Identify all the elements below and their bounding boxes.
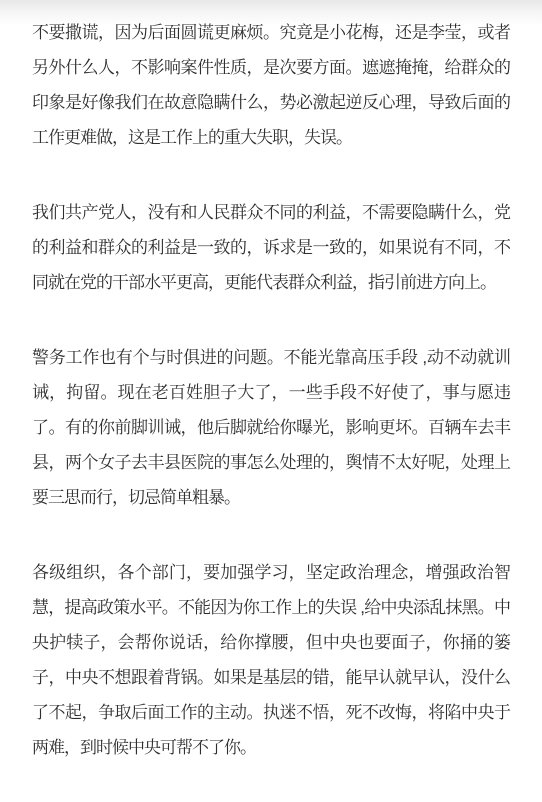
article-page: 不要撒谎，因为后面圆谎更麻烦。究竟是小花梅，还是李莹，或者另外什么人，不影响案件… [0, 0, 542, 802]
paragraph: 我们共产党人，没有和人民群众不同的利益，不需要隐瞒什么，党的利益和群众的利益是一… [32, 195, 510, 300]
paragraph: 不要撒谎，因为后面圆谎更麻烦。究竟是小花梅，还是李莹，或者另外什么人，不影响案件… [32, 15, 510, 155]
article-body: 不要撒谎，因为后面圆谎更麻烦。究竟是小花梅，还是李莹，或者另外什么人，不影响案件… [0, 0, 542, 801]
paragraph: 各级组织，各个部门，要加强学习，坚定政治理念，增强政治智慧，提高政策水平。不能因… [32, 555, 510, 765]
paragraph: 警务工作也有个与时俱进的问题。不能光靠高压手段 ,动不动就训诫，拘留。现在老百姓… [32, 340, 510, 515]
